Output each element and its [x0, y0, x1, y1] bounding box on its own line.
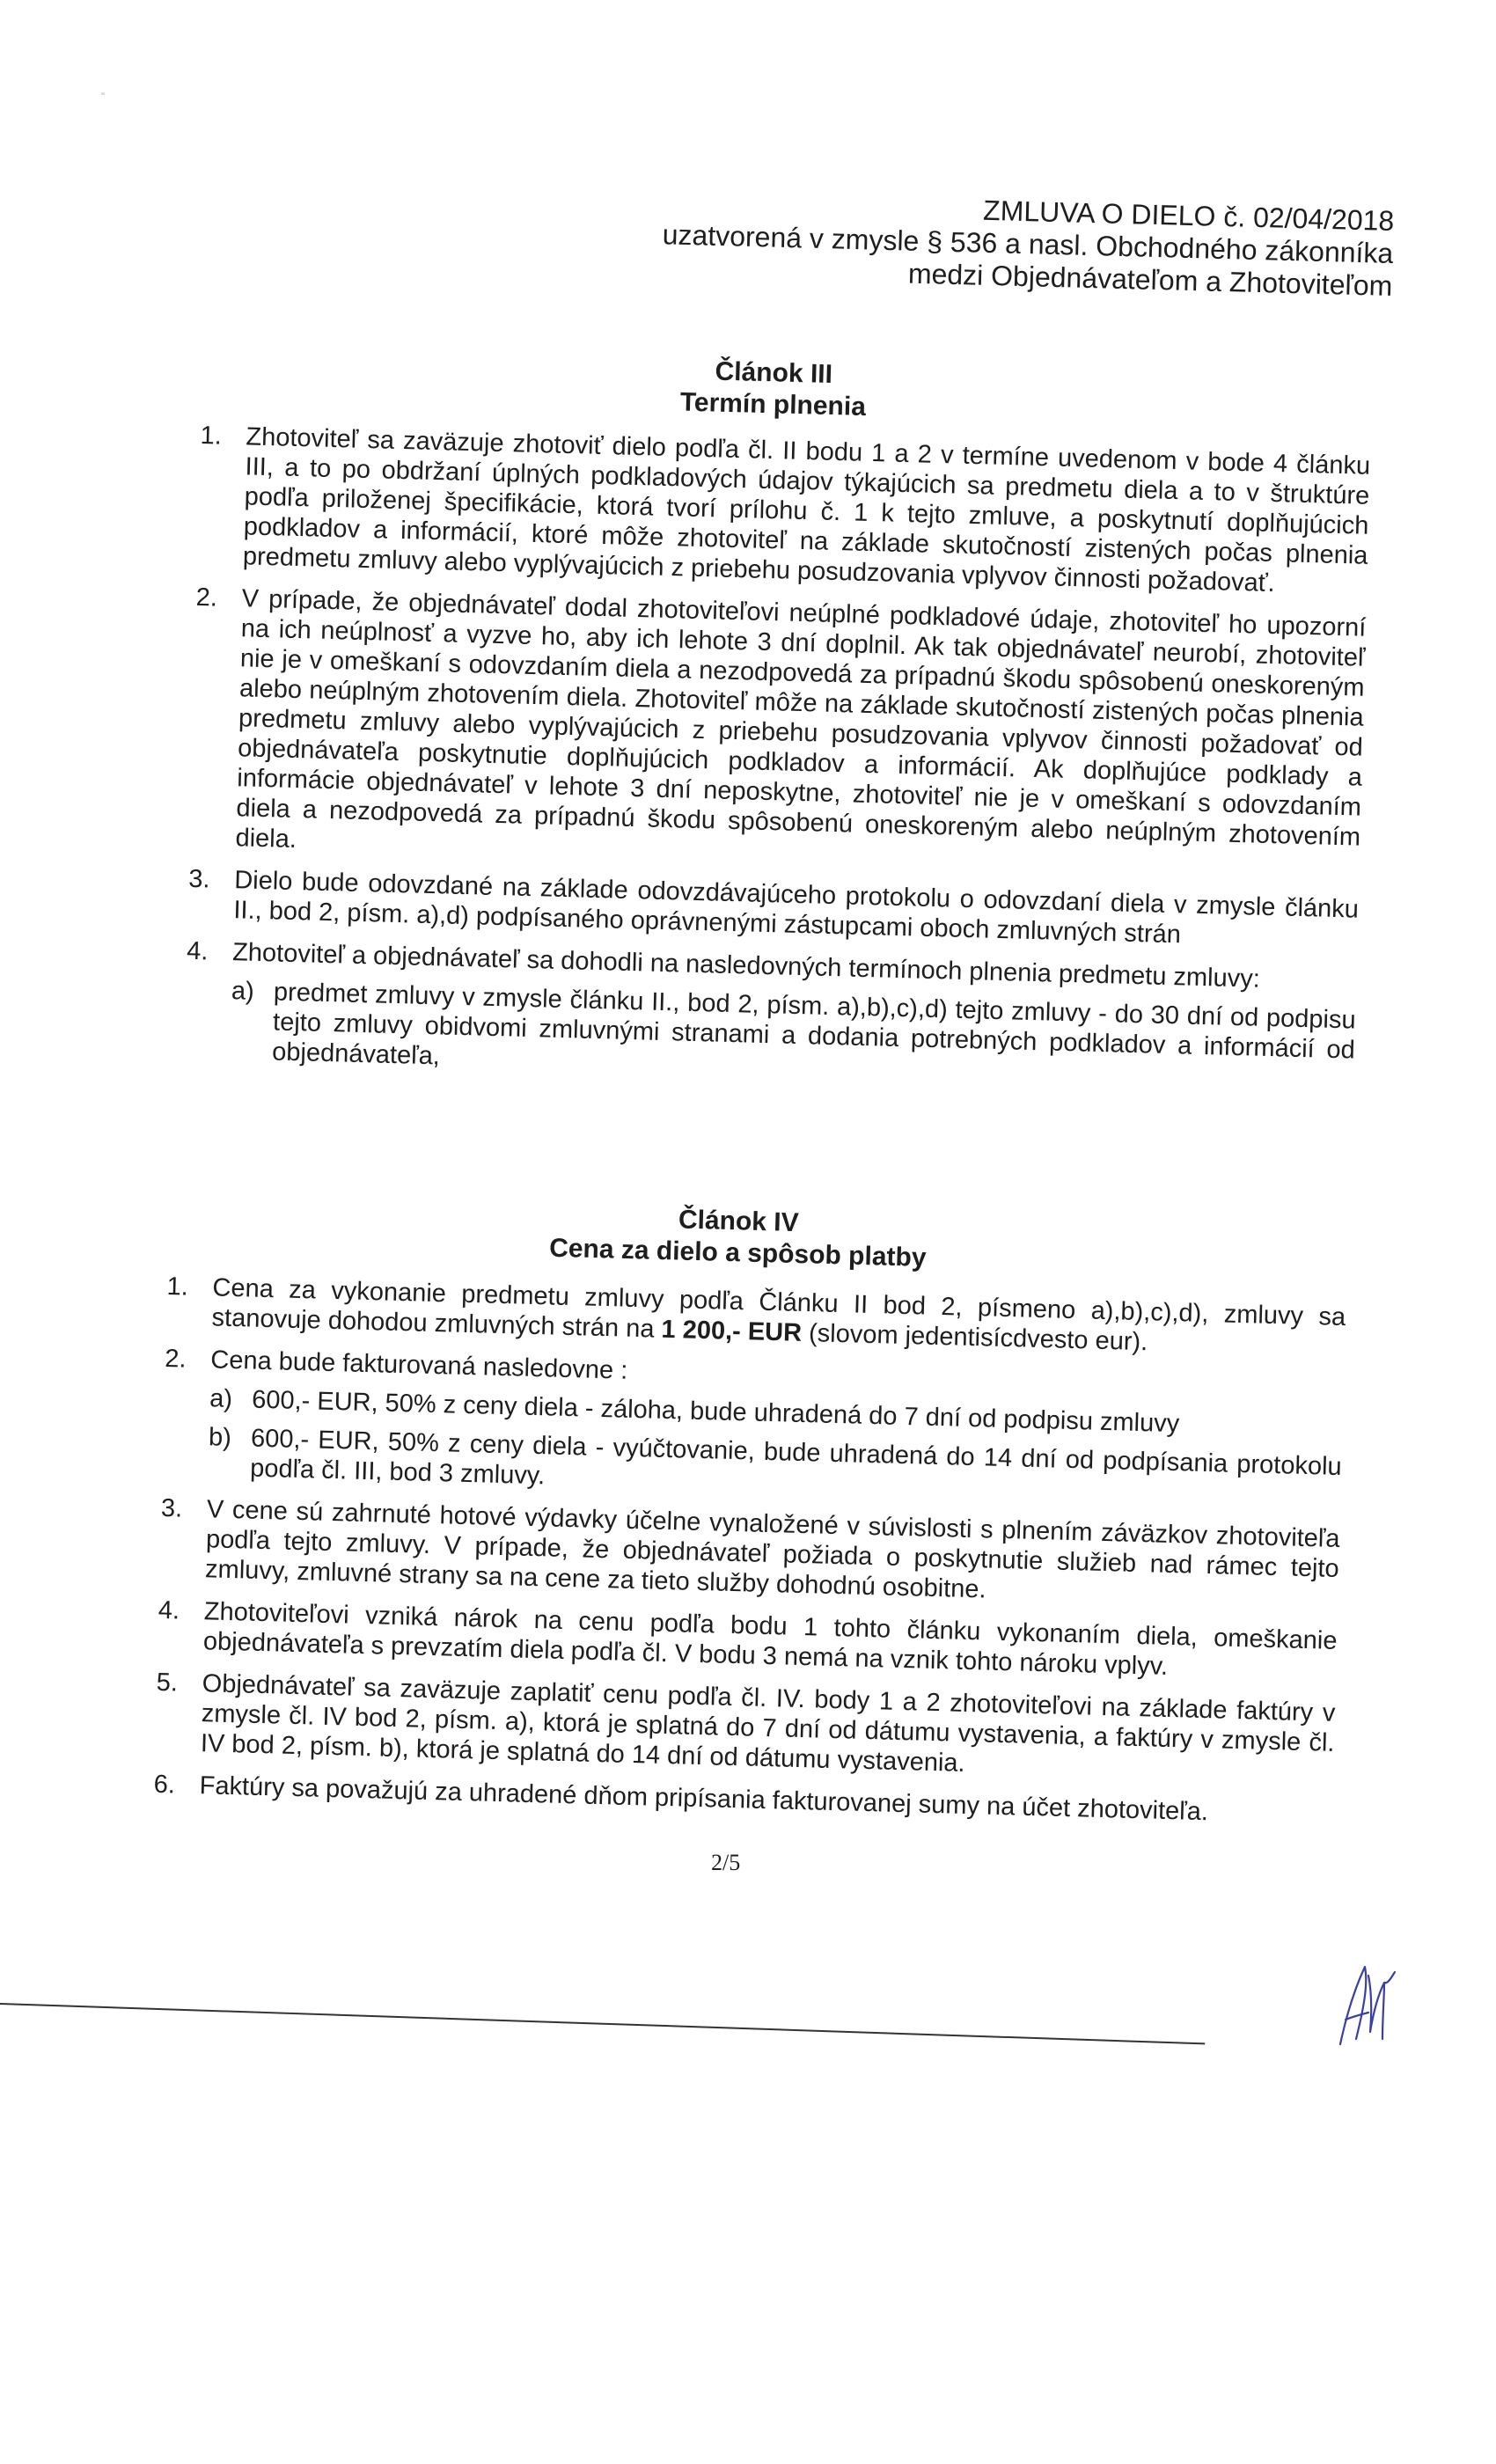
clause-text: V prípade, že objednávateľ dodal zhotovi… [235, 584, 1367, 854]
clause-text: Objednávateľ sa zaväzuje zaplatiť cenu p… [201, 1669, 1336, 1778]
contract-price: 1 200,- EUR [661, 1316, 802, 1347]
article3-clause-4-sub-a: a) predmet zmluvy v zmysle článku II., b… [230, 976, 1356, 1095]
clause-text: V cene sú zahrnuté hotové výdavky účelne… [205, 1495, 1340, 1603]
article4-body: 1. Cena za vykonanie predmetu zmluvy pod… [153, 1272, 1346, 1843]
footer-divider-line [0, 2003, 1205, 2044]
article4-heading: Článok IV Cena za dielo a spôsob platby [121, 1190, 1354, 1286]
article4-clause-2: 2. Cena bude fakturovaná nasledovne : a)… [162, 1344, 1345, 1512]
article3-clause-1: 1. Zhotoviteľ sa zaväzuje zhotoviť dielo… [197, 421, 1371, 601]
sub-item-mark: b) [209, 1422, 232, 1453]
clause-number: 4. [158, 1595, 180, 1626]
clause-text: Zhotoviteľ sa zaväzuje zhotoviť dielo po… [243, 422, 1371, 598]
article3-clause-2: 2. V prípade, že objednávateľ dodal zhot… [189, 583, 1367, 883]
signature-initials-icon [1333, 1958, 1404, 2062]
scanned-contract-page: ZMLUVA O DIELO č. 02/04/2018 uzatvorená … [0, 0, 1496, 2464]
clause-number: 2. [195, 583, 217, 613]
article3-heading: Článok III Termín plnenia [157, 341, 1390, 437]
clause-number: 1. [200, 421, 222, 451]
article4-clause-5: 5. Objednávateľ sa zaväzuje zaplatiť cen… [155, 1668, 1336, 1788]
page-number: 2/5 [711, 1848, 740, 1878]
clause-number: 1. [166, 1272, 188, 1302]
article4-clause-3: 3. V cene sú zahrnuté hotové výdavky úče… [159, 1493, 1340, 1614]
clause-text: Zhotoviteľovi vzniká nárok na cenu podľa… [203, 1597, 1338, 1681]
clause-number: 5. [156, 1668, 178, 1698]
clause-text: Cena bude fakturovaná nasledovne : [210, 1346, 628, 1384]
sub-item-mark: a) [209, 1383, 233, 1414]
sub-item-text: predmet zmluvy v zmysle článku II., bod … [272, 978, 1356, 1070]
clause-number: 6. [153, 1770, 175, 1800]
clause-number: 4. [187, 936, 209, 967]
clause-number: 2. [165, 1344, 187, 1375]
clause-number: 3. [188, 864, 210, 895]
document-header: ZMLUVA O DIELO č. 02/04/2018 uzatvorená … [618, 185, 1395, 303]
scan-speck [101, 92, 105, 95]
clause-number: 3. [161, 1493, 183, 1524]
clause-text: Dielo bude odovzdané na základe odovzdáv… [233, 866, 1359, 949]
article3-clause-4: 4. Zhotoviteľ a objednávateľ sa dohodli … [184, 936, 1357, 1096]
article3-body: 1. Zhotoviteľ sa zaväzuje zhotoviť dielo… [183, 421, 1370, 1108]
sub-item-mark: a) [231, 976, 255, 1007]
